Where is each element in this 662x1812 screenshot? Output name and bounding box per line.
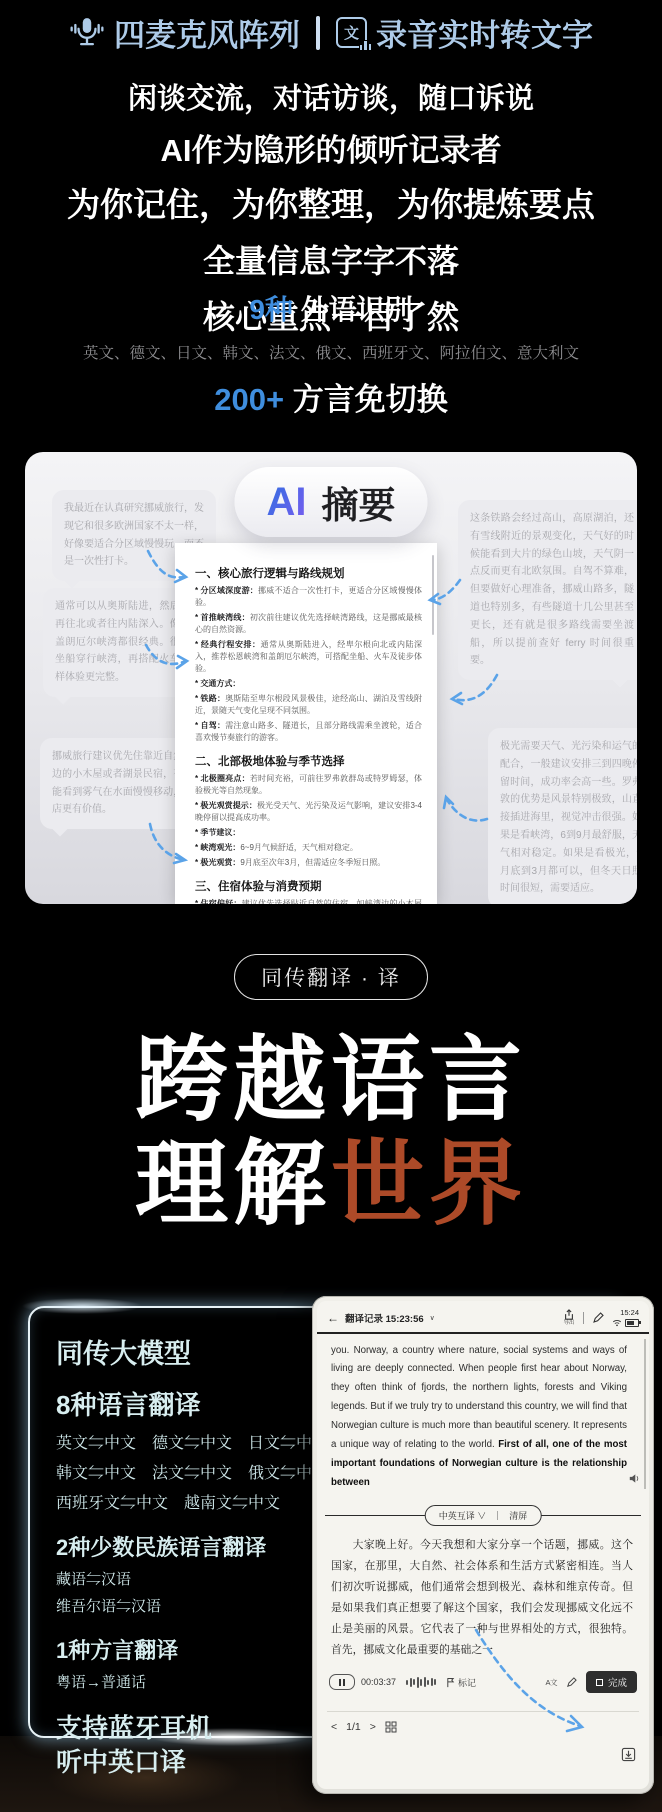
lang-pair-row: 粤语→普通话 — [56, 1671, 328, 1692]
doc-item: * 铁路：奥斯陆至卑尔根段风景极佳，途经高山、湖泊及雪线附近，景随天气变化呈现不… — [195, 693, 422, 717]
translate-mode-pill: 中英互译 ∨ ｜ 清屏 — [425, 1505, 542, 1526]
hero-heading: 跨越语言 理解世界 — [0, 1028, 662, 1236]
dashed-arrow-icon — [441, 788, 491, 828]
language-count-label: 外语识别 — [301, 294, 413, 325]
dashed-arrow-icon — [468, 1624, 604, 1750]
topbar-right-cluster: 导出 15:24 — [563, 1309, 639, 1327]
header-divider — [316, 16, 320, 50]
done-label: 完成 — [608, 1675, 627, 1689]
export-button[interactable]: 导出 — [563, 1309, 575, 1327]
doc-item: * 住宿偏好：建议优先选择贴近自然的住宿，如峡湾边的小木屋或湖景民宿，以获得质朴… — [195, 898, 422, 904]
english-text: you. Norway, a country where nature, soc… — [331, 1345, 627, 1451]
ai-summary-title-text: 摘要 — [322, 475, 396, 529]
doc-item: * 分区域深度游：挪威不适合一次性打卡，更适合分区域慢慢体验。 — [195, 585, 422, 609]
speaker-icon[interactable] — [628, 1473, 641, 1492]
doc-item: * 峡湾观光：6~9月气候舒适，天气相对稳定。 — [195, 842, 422, 854]
battery-icon — [625, 1319, 639, 1327]
pill-divider: ｜ — [493, 1509, 502, 1522]
status-time: 15:24 — [620, 1309, 639, 1317]
grid-view-icon[interactable] — [385, 1721, 397, 1733]
save-button[interactable] — [621, 1747, 636, 1767]
doc-item: * 交通方式： — [195, 678, 422, 690]
microphone-array-icon — [69, 15, 105, 51]
lang-pair-row: 藏语⇋汉语 — [56, 1568, 328, 1589]
hero-line1: 跨越语言 — [0, 1028, 662, 1132]
bt-line2: 听中英口译 — [56, 1746, 328, 1780]
mode-pill-row: 中英互译 ∨ ｜ 清屏 — [317, 1505, 649, 1527]
clear-screen-button[interactable]: 清屏 — [509, 1509, 527, 1522]
promo-page: 四麦克风阵列 文 录音实时转文字 闲谈交流，对话访谈，随口诉说 AI作为隐形的倾… — [0, 0, 662, 1812]
lang-pair-row: 韩文⇋中文 法文⇋中文 俄文⇋中文 — [56, 1460, 328, 1483]
chat-bubble: 极光需要天气、光污染和运气的配合，一般建议安排三到四晚停留时间，成功率会高一些。… — [488, 728, 637, 904]
mode-selector[interactable]: 中英互译 ∨ — [439, 1509, 487, 1522]
bt-line1: 支持蓝牙耳机 — [56, 1712, 328, 1746]
translate-badge-label: 同传翻译 · 译 — [234, 954, 428, 1000]
doc-item: * 季节建议： — [195, 827, 422, 839]
recognition-section: 9种 外语识别 英文、德文、日文、韩文、法文、俄文、西班牙文、阿拉伯文、意大利文… — [0, 288, 662, 419]
ai-summary-title-ai: AI — [267, 480, 307, 525]
doc-item: * 极光观赏：9月底至次年3月，但需适应冬季短日照。 — [195, 857, 422, 869]
dashed-arrow-icon — [425, 576, 465, 606]
dashed-arrow-icon — [145, 548, 193, 588]
dashed-arrow-icon — [145, 821, 191, 867]
language-count: 9种 — [249, 294, 293, 325]
status-cluster: 15:24 — [612, 1309, 639, 1327]
doc-section-heading: 三、住宿体验与消费预期 — [195, 878, 422, 894]
dashed-arrow-icon — [446, 670, 502, 708]
page-indicator: 1/1 — [346, 1721, 361, 1733]
export-label: 导出 — [563, 1321, 574, 1327]
translation-feature-panel: 同传大模型 8种语言翻译 英文⇋中文 德文⇋中文 日文⇋中文 韩文⇋中文 法文⇋… — [56, 1332, 328, 1780]
pause-button[interactable] — [329, 1674, 355, 1690]
lang-pair-row: 维吾尔语⇋汉语 — [56, 1595, 328, 1616]
record-timer: 00:03:37 — [361, 1677, 396, 1687]
record-title[interactable]: 翻译记录 15:23:56 — [345, 1311, 424, 1325]
doc-item: * 极光观赏提示：极光受天气、光污染及运气影响，建议安排3-4晚停留以提高成功率… — [195, 800, 422, 824]
glow-highlight — [22, 1298, 142, 1314]
waveform-icon — [359, 40, 373, 51]
ai-summary-title-pill: AI 摘要 — [235, 467, 428, 537]
doc-item: * 北极圈亮点：若时间充裕，可前往罗弗敦群岛或特罗姆瑟，体验极光等自然现象。 — [195, 773, 422, 797]
panel-dialect-title: 1种方言翻译 — [56, 1634, 328, 1665]
topbar-divider — [583, 1312, 584, 1324]
panel-title: 同传大模型 — [56, 1332, 328, 1371]
dialect-count: 200+ — [214, 382, 284, 417]
language-count-line: 9种 外语识别 — [0, 288, 662, 328]
transcribe-icon-glyph: 文 — [344, 22, 359, 43]
hero-line2-red: 世界 — [331, 1132, 527, 1236]
doc-item: * 自驾：需注意山路多、隧道长，且部分路线需乘坐渡轮，适合喜欢慢节奏旅行的游客。 — [195, 720, 422, 744]
device-topbar: ← 翻译记录 15:23:56 ∨ 导出 15:24 — [317, 1301, 649, 1332]
feature-mic-label: 四麦克风阵列 — [114, 10, 300, 55]
back-icon[interactable]: ← — [327, 1312, 339, 1324]
english-transcript: you. Norway, a country where nature, soc… — [331, 1342, 627, 1493]
dialect-count-line: 200+ 方言免切换 — [0, 374, 662, 419]
section-badge: 同传翻译 · 译 — [0, 954, 662, 1000]
next-page-button[interactable]: > — [370, 1721, 376, 1733]
language-list: 英文、德文、日文、韩文、法文、俄文、西班牙文、阿拉伯文、意大利文 — [0, 341, 662, 363]
hero-line2: 理解世界 — [0, 1132, 662, 1236]
status-icons — [612, 1319, 639, 1327]
prev-page-button[interactable]: < — [331, 1721, 337, 1733]
intro-line: AI作为隐形的倾听记录者 — [0, 125, 662, 170]
panel-minority-title: 2种少数民族语言翻译 — [56, 1531, 328, 1562]
intro-line: 闲谈交流，对话访谈，随口诉说 — [0, 76, 662, 117]
doc-section-heading: 一、核心旅行逻辑与路线规划 — [195, 565, 422, 581]
dashed-arrow-icon — [143, 638, 193, 674]
lang-pair-row: 西班牙文⇋中文 越南文⇋中文 — [56, 1490, 328, 1513]
wifi-icon — [612, 1319, 622, 1327]
hero-line2-white: 理解 — [135, 1132, 331, 1236]
screen-scrollbar[interactable] — [644, 1339, 646, 1489]
chevron-down-icon[interactable]: ∨ — [430, 1314, 435, 1322]
doc-item: * 首推峡湾线：初次前往建议优先选择峡湾路线，这是挪威最核心的自然资源。 — [195, 612, 422, 636]
intro-line: 全量信息字字不落 — [0, 236, 662, 282]
flag-icon — [446, 1677, 455, 1688]
share-icon — [563, 1309, 575, 1320]
dialect-count-label: 方言免切换 — [293, 382, 448, 417]
panel-bluetooth-line: 支持蓝牙耳机 听中英口译 — [56, 1712, 328, 1780]
ai-summary-card: AI 摘要 我最近在认真研究挪威旅行，发现它和很多欧洲国家不太一样，好像要适合分… — [25, 452, 637, 904]
doc-item: * 经典行程安排：通常从奥斯陆进入，经卑尔根向北或内陆深入，推荐松恩峡湾和盖朗厄… — [195, 639, 422, 675]
waveform-indicator — [406, 1677, 436, 1688]
doc-section-heading: 二、北部极地体验与季节选择 — [195, 753, 422, 769]
transcribe-icon: 文 — [336, 17, 367, 48]
summary-document: 一、核心旅行逻辑与路线规划 * 分区域深度游：挪威不适合一次性打卡，更适合分区域… — [175, 543, 437, 904]
edit-icon[interactable] — [592, 1312, 604, 1324]
feature-header: 四麦克风阵列 文 录音实时转文字 — [0, 10, 662, 55]
chat-bubble: 这条铁路会经过高山，高原湖泊，还有雪线附近的景观变化，天气好的时候能看到大片的绿… — [458, 500, 637, 680]
topbar-rule — [317, 1332, 649, 1334]
intro-line: 为你记住，为你整理，为你提炼要点 — [0, 179, 662, 226]
panel-lang-title: 8种语言翻译 — [56, 1385, 328, 1422]
lang-pair-row: 英文⇋中文 德文⇋中文 日文⇋中文 — [56, 1430, 328, 1453]
feature-transcribe-label: 录音实时转文字 — [376, 10, 593, 55]
